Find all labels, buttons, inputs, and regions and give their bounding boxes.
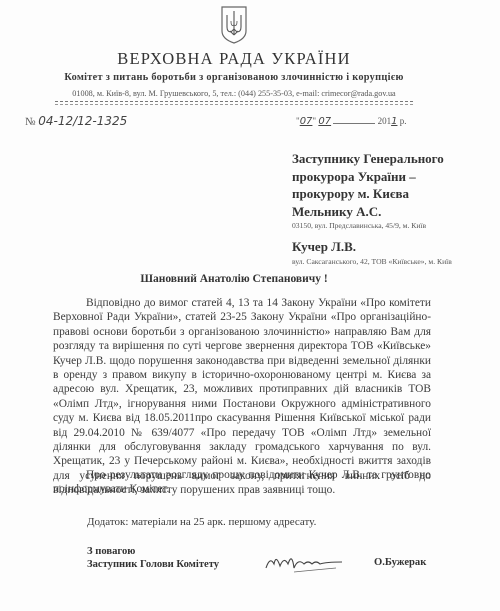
closing-position: Заступник Голови Комітету [87,558,219,571]
date-close-quote: " [312,116,316,126]
letterhead-address: 01008, м. Київ-8, вул. М. Грушевського, … [0,89,468,98]
trident-emblem-icon [219,5,249,45]
recipient-kucher: Кучер Л.В. [292,238,356,256]
recipient-prosecutor: Заступнику Генерального прокурора Україн… [292,150,444,220]
reference-number-value: 04-12/12-1325 [38,114,127,128]
reference-number: № 04-12/12-1325 [25,114,127,128]
letter-page: ВЕРХОВНА РАДА УКРАЇНИ Комітет з питань б… [0,0,500,611]
recipient-kucher-address: вул. Саксаганського, 42, ТОВ «Київське»,… [292,257,472,267]
date-blank-line [333,123,375,124]
number-sign: № [25,116,36,128]
date-year-prefix: 201 [378,116,392,126]
body-paragraph-2: Про результати розгляду прошу повідомити… [53,468,431,497]
salutation: Шановний Анатолію Степановичу ! [0,273,468,285]
recipient-line: Заступнику Генерального [292,150,444,168]
organization-title: ВЕРХОВНА РАДА УКРАЇНИ [0,49,468,69]
signer-name: О.Бужерак [374,557,426,568]
letter-date: "07" 07 2011 р. [296,116,406,127]
recipient-line: прокурору м. Києва [292,185,444,203]
date-year-digit: 1 [391,116,397,127]
committee-name: Комітет з питань боротьби з організовано… [0,72,468,83]
date-suffix: р. [400,116,407,126]
recipient-line: Кучер Л.В. [292,238,356,256]
recipient-line: прокурора України – [292,168,444,186]
closing-regards: З повагою [87,545,219,558]
attachment-note: Додаток: матеріали на 25 арк. першому ад… [87,516,316,528]
letterhead-divider [55,104,413,105]
letterhead-divider [55,101,413,102]
closing-block: З повагою Заступник Голови Комітету [87,545,219,571]
recipient-line: Мельнику А.С. [292,203,444,221]
date-month: 07 [318,116,331,127]
handwritten-signature-icon [264,550,344,574]
date-day: 07 [300,116,313,127]
recipient-prosecutor-address: 03150, вул. Предславинська, 45/9, м. Киї… [292,221,426,231]
